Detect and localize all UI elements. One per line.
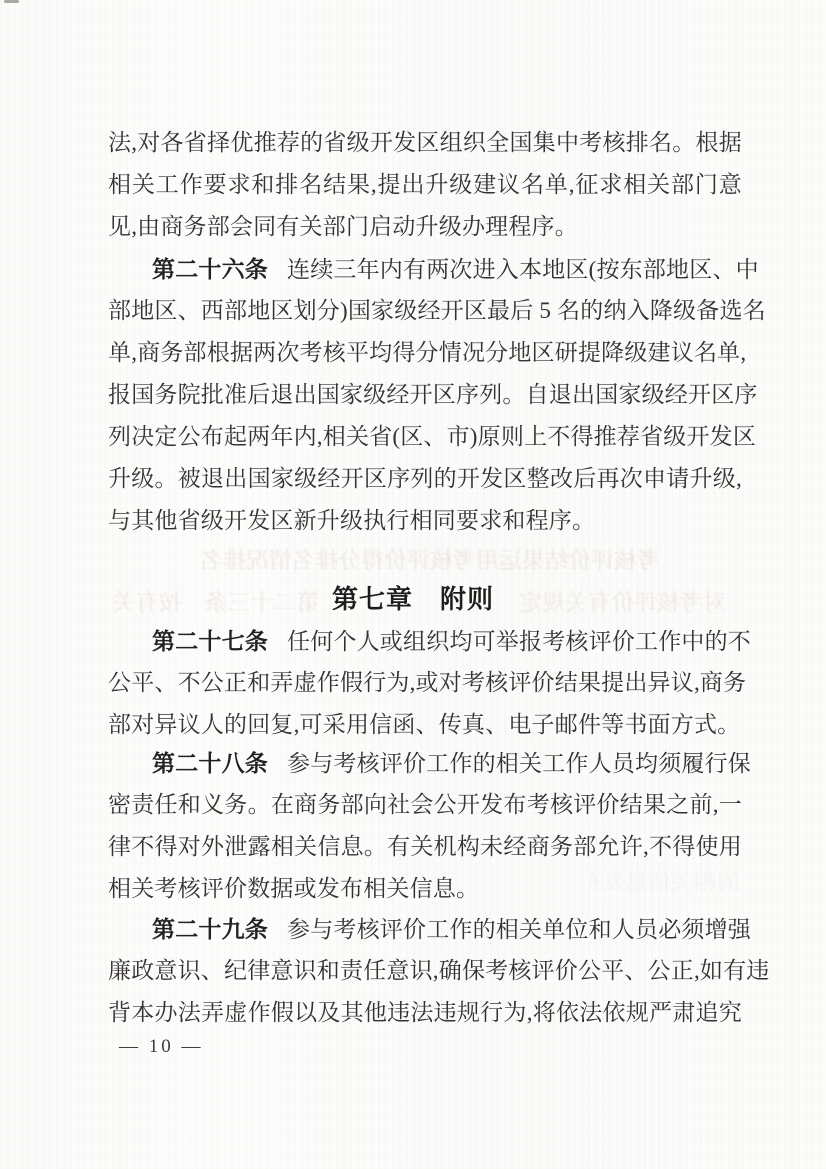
text-line: 第二十九条参与考核评价工作的相关单位和人员必须增强 <box>108 908 742 950</box>
text-line: 见,由商务部会同有关部门启动升级办理程序。 <box>108 206 742 248</box>
text-line: 升级。被退出国家级经开区序列的开发区整改后再次申请升级, <box>108 458 742 500</box>
text-line: 相关工作要求和排名结果,提出升级建议名单,征求相关部门意 <box>108 164 742 206</box>
chapter-heading: 第七章 附则 <box>0 578 826 620</box>
text-line: 报国务院批准后退出国家级经开区序列。自退出国家级经开区序 <box>108 374 742 416</box>
article-text: 连续三年内有两次进入本地区(按东部地区、中 <box>287 257 759 282</box>
text-line: 第二十七条任何个人或组织均可举报考核评价工作中的不 <box>108 620 742 662</box>
paragraph: 第二十八条参与考核评价工作的相关工作人员均须履行保密责任和义务。在商务部向社会公… <box>108 742 742 910</box>
text-line: 单,商务部根据两次考核平均得分情况分地区研提降级建议名单, <box>108 332 742 374</box>
article-text: 参与考核评价工作的相关工作人员均须履行保 <box>287 751 751 776</box>
article-number: 第二十六条 <box>152 256 268 282</box>
text-line: 与其他省级开发区新升级执行相同要求和程序。 <box>108 500 742 542</box>
text-line: 列决定公布起两年内,相关省(区、市)原则上不得推荐省级开发区 <box>108 416 742 458</box>
article-number: 第二十八条 <box>152 750 268 776</box>
text-line: 密责任和义务。在商务部向社会公开发布考核评价结果之前,一 <box>108 784 742 826</box>
document-page: 考核评价结果运用考核评价得分排名情况排名第二十三条 按有关对考核评价有关规定的相… <box>0 0 826 1169</box>
text-line: 相关考核评价数据或发布相关信息。 <box>108 868 742 910</box>
text-line: 背本办法弄虚作假以及其他违法违规行为,将依法依规严肃追究 <box>108 992 742 1034</box>
article-number: 第二十七条 <box>152 628 268 654</box>
text-line: 第二十六条连续三年内有两次进入本地区(按东部地区、中 <box>108 248 742 290</box>
text-line: 第二十八条参与考核评价工作的相关工作人员均须履行保 <box>108 742 742 784</box>
paragraph: 法,对各省择优推荐的省级开发区组织全国集中考核排名。根据相关工作要求和排名结果,… <box>108 122 742 248</box>
paragraph: 第二十六条连续三年内有两次进入本地区(按东部地区、中部地区、西部地区划分)国家级… <box>108 248 742 542</box>
text-line: 法,对各省择优推荐的省级开发区组织全国集中考核排名。根据 <box>108 122 742 164</box>
paragraph: 第二十九条参与考核评价工作的相关单位和人员必须增强廉政意识、纪律意识和责任意识,… <box>108 908 742 1034</box>
text-line: 廉政意识、纪律意识和责任意识,确保考核评价公平、公正,如有违 <box>108 950 742 992</box>
text-line: 律不得对外泄露相关信息。有关机构未经商务部允许,不得使用 <box>108 826 742 868</box>
page-number: — 10 — <box>119 1034 204 1060</box>
paragraph: 第二十七条任何个人或组织均可举报考核评价工作中的不公平、不公正和弄虚作假行为,或… <box>108 620 742 746</box>
bleed-through-text: 考核评价结果运用考核评价得分排名情况排名 <box>170 546 690 576</box>
article-number: 第二十九条 <box>152 916 268 942</box>
article-text: 任何个人或组织均可举报考核评价工作中的不 <box>287 629 751 654</box>
article-text: 参与考核评价工作的相关单位和人员必须增强 <box>287 917 751 942</box>
text-line: 部对异议人的回复,可采用信函、传真、电子邮件等书面方式。 <box>108 704 742 746</box>
text-line: 公平、不公正和弄虚作假行为,或对考核评价结果提出异议,商务 <box>108 662 742 704</box>
text-line: 部地区、西部地区划分)国家级经开区最后 5 名的纳入降级备选名 <box>108 290 742 332</box>
